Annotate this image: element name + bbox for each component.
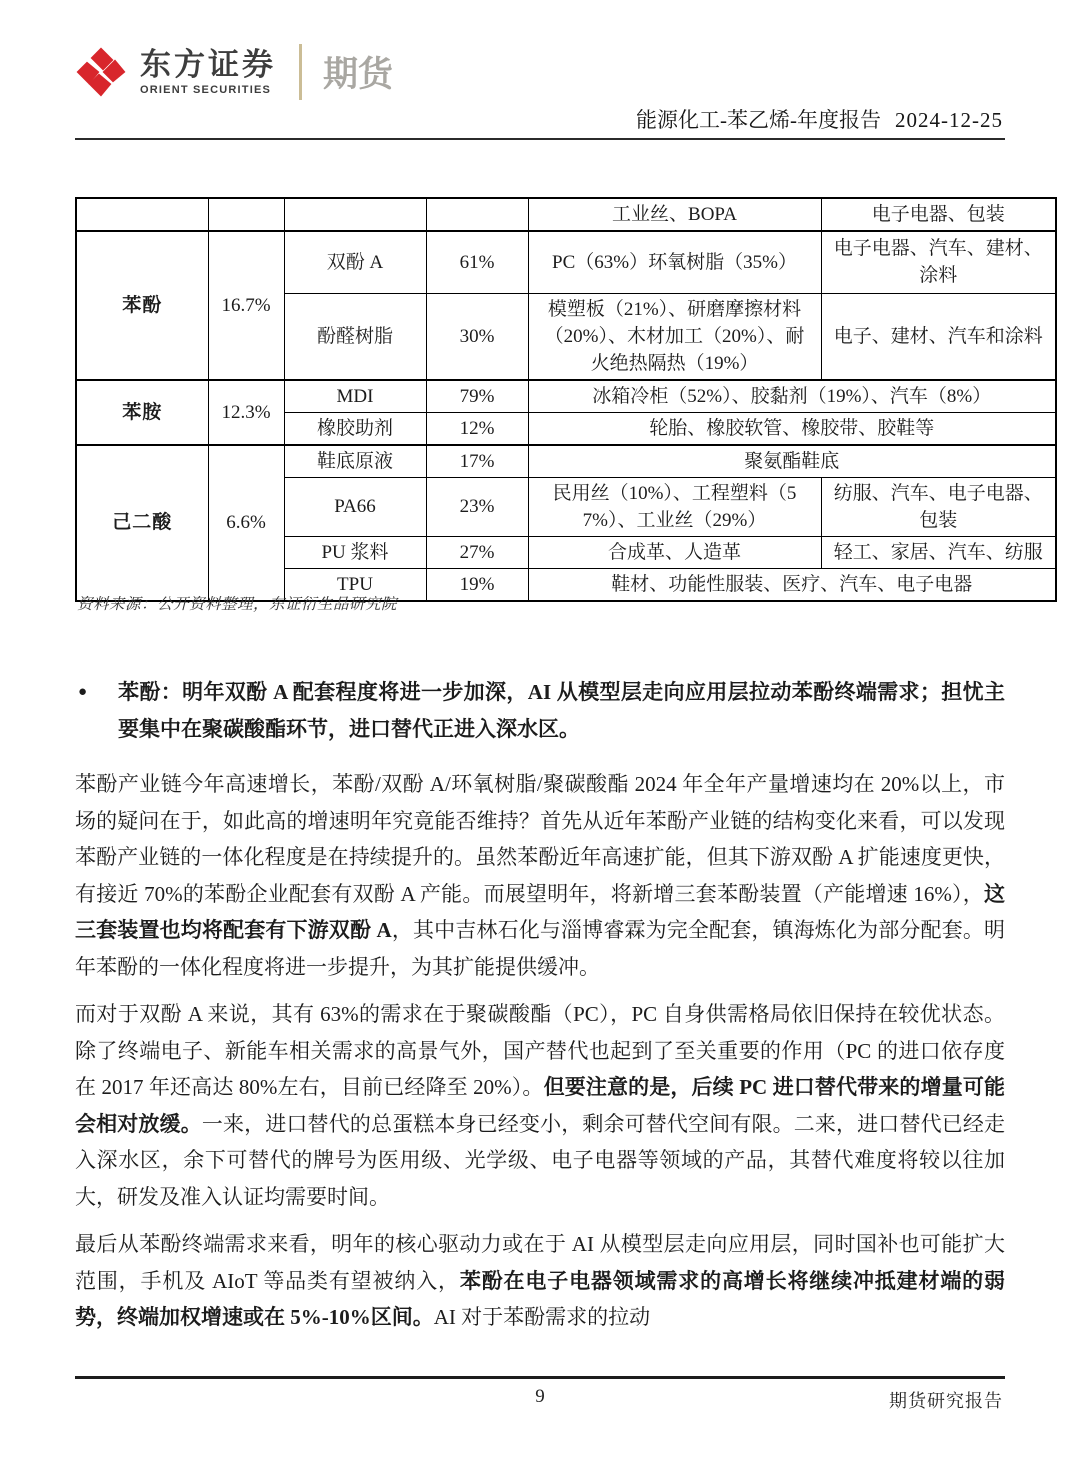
table-cell: 27% — [426, 536, 528, 568]
table-cell: PU 浆料 — [284, 536, 426, 568]
table-cell-category: 苯酚 — [76, 231, 208, 380]
bullet-item: ● 苯酚：明年双酚 A 配套程度将进一步加深，AI 从模型层走向应用层拉动苯酚终… — [75, 674, 1005, 748]
brand-name-en: ORIENT SECURITIES — [140, 84, 276, 96]
brand-divider — [299, 44, 302, 100]
bullet-icon: ● — [75, 674, 118, 748]
table-cell: 17% — [426, 445, 528, 478]
table-cell: 12% — [426, 412, 528, 445]
brand-name-cn: 东方证券 — [140, 49, 276, 81]
table-row-continuation: 工业丝、BOPA 电子电器、包装 — [76, 198, 1056, 231]
paragraph-text: AI 对于苯酚需求的拉动 — [434, 1305, 650, 1329]
table-row: 苯胺 12.3% MDI 79% 冰箱冷柜（52%）、胶黏剂（19%）、汽车（8… — [76, 380, 1056, 413]
orient-securities-logo-icon — [75, 46, 127, 98]
table-cell: 30% — [426, 293, 528, 380]
header-brand: 东方证券 ORIENT SECURITIES 期货 — [75, 38, 393, 106]
table-cell: MDI — [284, 380, 426, 413]
report-header-meta: 能源化工-苯乙烯-年度报告2024-12-25 — [636, 104, 1003, 134]
table-cell: 轻工、家居、汽车、纺服 — [821, 536, 1056, 568]
paragraph: 而对于双酚 A 来说，其有 63%的需求在于聚碳酸酯（PC），PC 自身供需格局… — [75, 996, 1005, 1215]
paragraph: 苯酚产业链今年高速增长，苯酚/双酚 A/环氧树脂/聚碳酸酯 2024 年全年产量… — [75, 766, 1005, 985]
bullet-text: 苯酚：明年双酚 A 配套程度将进一步加深，AI 从模型层走向应用层拉动苯酚终端需… — [118, 674, 1005, 748]
report-date: 2024-12-25 — [895, 108, 1003, 132]
table-cell: 16.7% — [208, 231, 284, 380]
table-cell: 鞋材、功能性服装、医疗、汽车、电子电器 — [528, 568, 1056, 601]
table-cell: PA66 — [284, 477, 426, 536]
table-cell: 19% — [426, 568, 528, 601]
footer-rule — [75, 1376, 1005, 1379]
table-row: 苯酚 16.7% 双酚 A 61% PC（63%）环氧树脂（35%） 电子电器、… — [76, 231, 1056, 293]
report-page: 东方证券 ORIENT SECURITIES 期货 能源化工-苯乙烯-年度报告2… — [0, 0, 1080, 1466]
table-cell: PC（63%）环氧树脂（35%） — [528, 231, 821, 293]
table-cell: 6.6% — [208, 445, 284, 601]
body-content: ● 苯酚：明年双酚 A 配套程度将进一步加深，AI 从模型层走向应用层拉动苯酚终… — [75, 674, 1005, 1347]
table-cell — [426, 198, 528, 231]
table-cell: 工业丝、BOPA — [528, 198, 821, 231]
table-cell — [284, 198, 426, 231]
table-cell: 模塑板（21%）、研磨摩擦材料（20%）、木材加工（20%）、耐火绝热隔热（19… — [528, 293, 821, 380]
table-cell: 轮胎、橡胶软管、橡胶带、胶鞋等 — [528, 412, 1056, 445]
table-cell: 冰箱冷柜（52%）、胶黏剂（19%）、汽车（8%） — [528, 380, 1056, 413]
table-cell: 酚醛树脂 — [284, 293, 426, 380]
table-cell-category: 己二酸 — [76, 445, 208, 601]
page-number: 9 — [75, 1386, 1005, 1408]
table-cell: 电子电器、包装 — [821, 198, 1056, 231]
table-row: 己二酸 6.6% 鞋底原液 17% 聚氨酯鞋底 — [76, 445, 1056, 478]
table-cell: 纺服、汽车、电子电器、包装 — [821, 477, 1056, 536]
brand-division-label: 期货 — [323, 47, 393, 97]
table-cell: 民用丝（10%）、工程塑料（57%）、工业丝（29%） — [528, 477, 821, 536]
table-cell — [76, 198, 208, 231]
table-cell: 鞋底原液 — [284, 445, 426, 478]
report-title: 能源化工-苯乙烯-年度报告 — [636, 108, 881, 132]
table-source-note: 资料来源：公开资料整理，东证衍生品研究院 — [77, 592, 397, 614]
table-cell: 橡胶助剂 — [284, 412, 426, 445]
table-cell: 12.3% — [208, 380, 284, 445]
brand-text: 东方证券 ORIENT SECURITIES — [140, 49, 276, 96]
table-cell — [208, 198, 284, 231]
table-cell: 23% — [426, 477, 528, 536]
paragraph: 最后从苯酚终端需求来看，明年的核心驱动力或在于 AI 从模型层走向应用层，同时国… — [75, 1226, 1005, 1336]
table-cell-category: 苯胺 — [76, 380, 208, 445]
footer-label: 期货研究报告 — [889, 1387, 1003, 1413]
downstream-demand-table: 工业丝、BOPA 电子电器、包装 苯酚 16.7% 双酚 A 61% PC（63… — [75, 197, 1057, 602]
table-cell: 合成革、人造革 — [528, 536, 821, 568]
table-cell: 电子电器、汽车、建材、涂料 — [821, 231, 1056, 293]
table-cell: 双酚 A — [284, 231, 426, 293]
table-cell: 聚氨酯鞋底 — [528, 445, 1056, 478]
table-cell: 电子、建材、汽车和涂料 — [821, 293, 1056, 380]
table-cell: 79% — [426, 380, 528, 413]
paragraph-text: 一来，进口替代的总蛋糕本身已经变小，剩余可替代空间有限。二来，进口替代已经走入深… — [75, 1112, 1005, 1209]
paragraph-text: 苯酚产业链今年高速增长，苯酚/双酚 A/环氧树脂/聚碳酸酯 2024 年全年产量… — [75, 772, 1005, 906]
table-cell: 61% — [426, 231, 528, 293]
header-rule — [75, 138, 1005, 140]
